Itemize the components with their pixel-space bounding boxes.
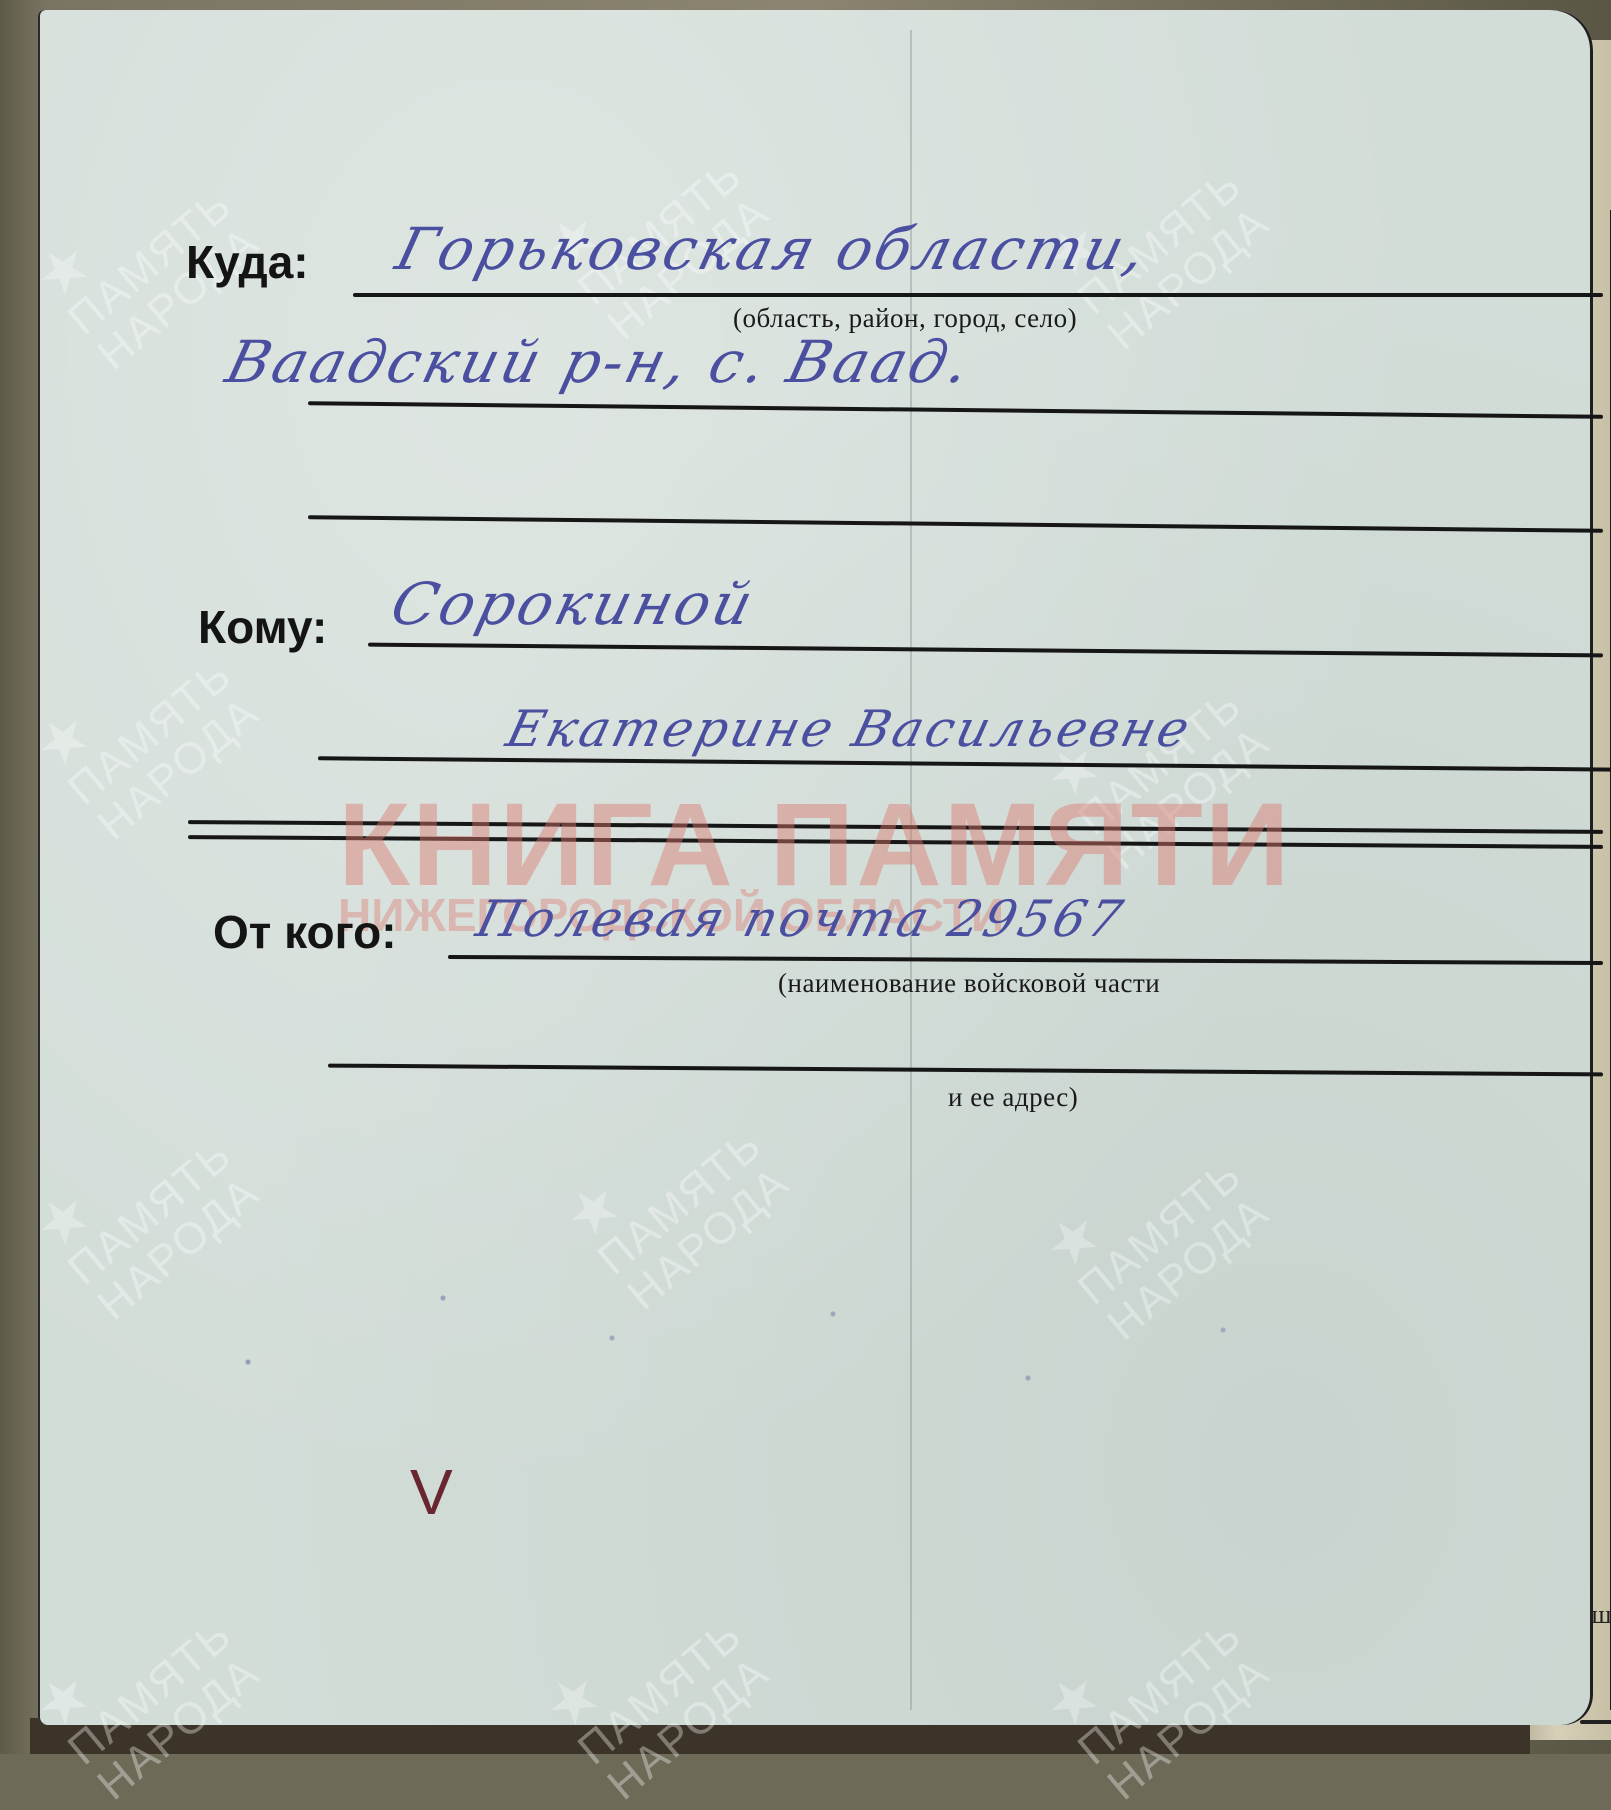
to-where-handwritten-line1: Горьковская области, — [390, 215, 1156, 283]
to-where-label: Куда: — [186, 235, 309, 289]
to-whom-rule-1 — [368, 643, 1603, 658]
to-whom-handwritten-line1: Сорокиной — [385, 570, 763, 638]
to-where-rule-2 — [308, 401, 1603, 419]
from-whom-rule-2 — [328, 1064, 1603, 1077]
from-whom-label: От кого: — [213, 905, 397, 959]
edge-rule — [1580, 1720, 1611, 1724]
envelope-page: ★ ПАМЯТЬ НАРОДА ★ ПАМЯТЬ НАРОДА ★ ПАМЯТЬ… — [38, 10, 1593, 1725]
ink-bleed-specks — [118, 1250, 1418, 1410]
from-whom-rule-1 — [448, 955, 1603, 965]
from-whom-handwritten: Полевая почта 29567 — [471, 890, 1131, 948]
from-whom-caption-2: и ее адрес) — [948, 1082, 1078, 1113]
from-whom-caption-1: (наименование войсковой части — [778, 968, 1160, 999]
to-whom-handwritten-line2: Екатерине Васильевне — [501, 700, 1198, 758]
to-where-rule-1 — [353, 293, 1603, 297]
to-whom-label: Кому: — [198, 600, 327, 654]
to-where-handwritten-line2: Ваадский р-н, с. Ваад. — [220, 328, 980, 396]
red-check-mark: V — [410, 1455, 453, 1529]
to-where-rule-3 — [308, 515, 1603, 533]
to-whom-rule-2 — [318, 756, 1611, 771]
